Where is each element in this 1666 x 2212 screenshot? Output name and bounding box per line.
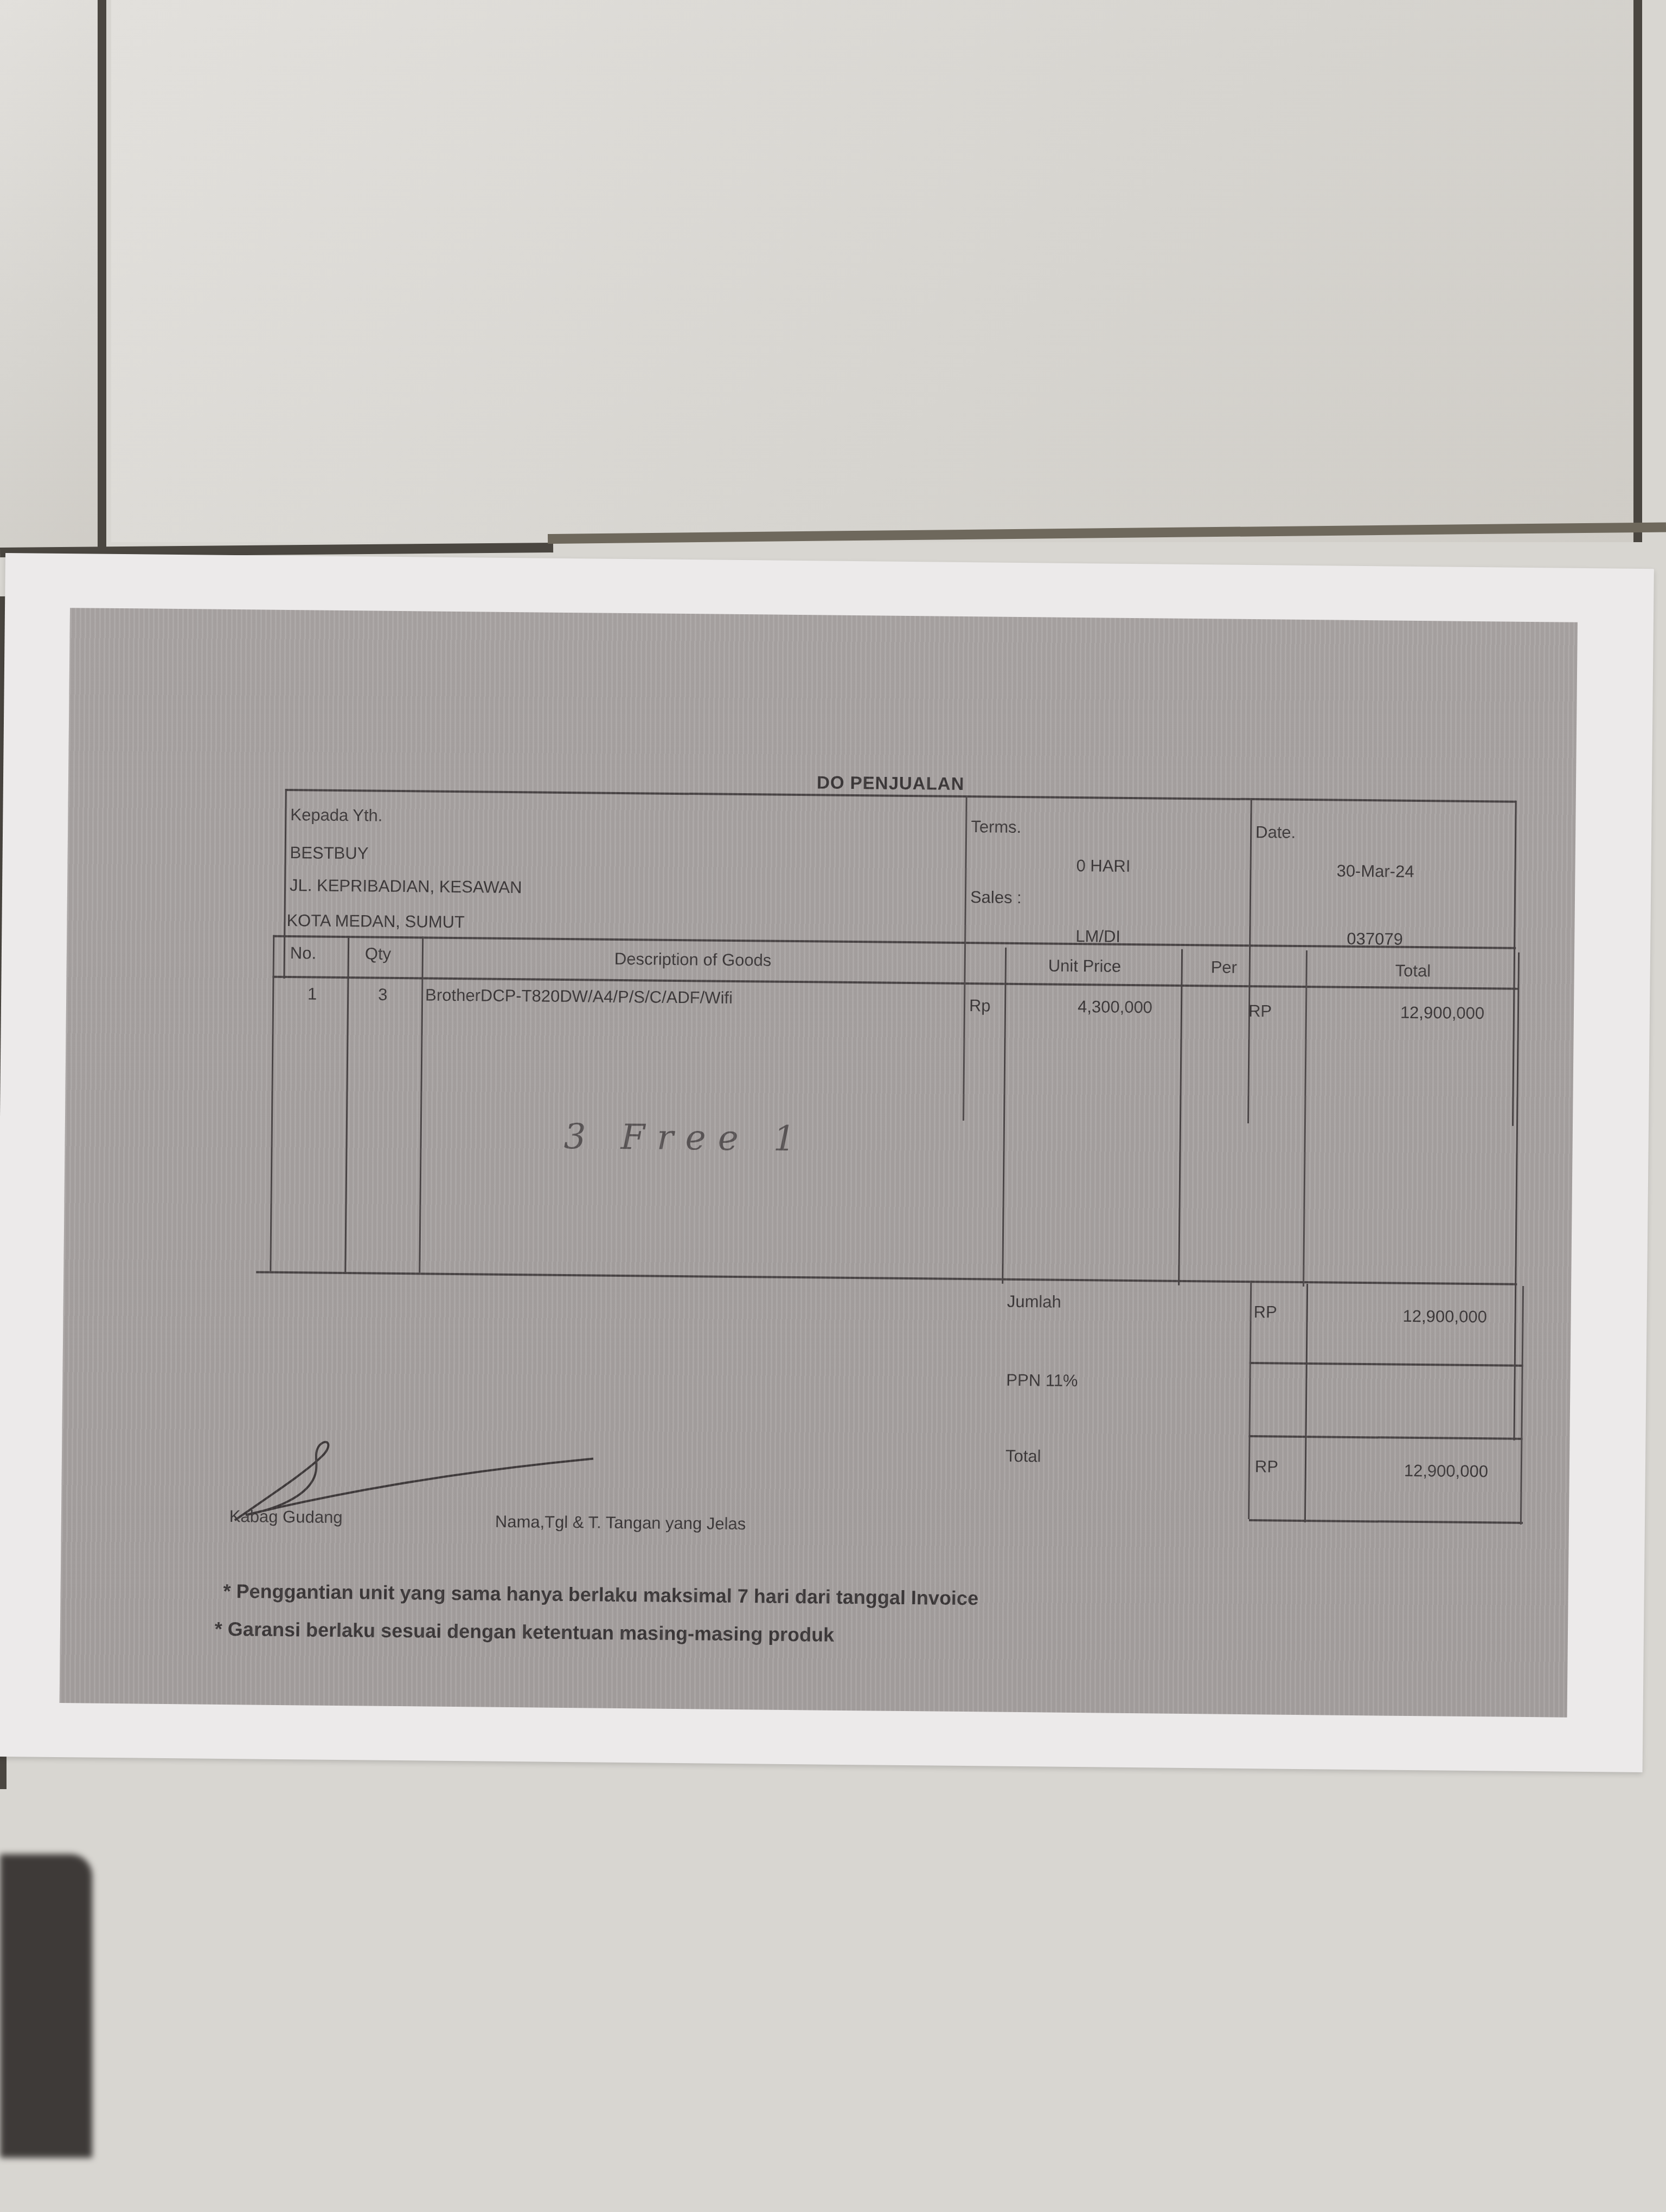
floor-tile xyxy=(111,0,1641,542)
delivery-order-paper: DO PENJUALAN Kepada Yth. BESTBUY JL. KEP… xyxy=(0,553,1654,1772)
table-border xyxy=(1520,1286,1524,1525)
row-description: BrotherDCP-T820DW/A4/P/S/C/ADF/Wifi xyxy=(425,985,733,1007)
hand-shadow xyxy=(0,1854,92,2158)
table-border xyxy=(1304,1284,1308,1522)
recipient-address-2: KOTA MEDAN, SUMUT xyxy=(286,911,465,932)
tile-grout xyxy=(98,0,106,596)
document-title: DO PENJUALAN xyxy=(817,772,965,794)
note-replacement: * Penggantian unit yang sama hanya berla… xyxy=(223,1580,978,1610)
terms-value: 0 HARI xyxy=(1076,856,1130,876)
total-currency: RP xyxy=(1255,1457,1278,1476)
table-border xyxy=(1249,1519,1523,1524)
tile-grout xyxy=(1633,0,1642,542)
row-total: 12,900,000 xyxy=(1400,1003,1484,1023)
total-label: Total xyxy=(1005,1446,1041,1467)
row-unit-price: 4,300,000 xyxy=(1078,997,1152,1017)
document-number: 037079 xyxy=(1347,929,1403,949)
table-border xyxy=(963,795,967,1121)
table-border xyxy=(1002,948,1007,1284)
table-border xyxy=(1512,801,1517,1126)
table-border xyxy=(419,936,424,1272)
printed-form: DO PENJUALAN Kepada Yth. BESTBUY JL. KEP… xyxy=(60,608,1578,1718)
table-border xyxy=(283,789,286,979)
table-border xyxy=(270,935,274,1271)
column-header-total: Total xyxy=(1395,961,1431,981)
note-warranty: * Garansi berlaku sesuai dengan ketentua… xyxy=(215,1618,835,1647)
row-qty: 3 xyxy=(378,985,388,1005)
row-unit-currency: Rp xyxy=(969,996,991,1015)
handwritten-note: 3 Free 1 xyxy=(563,1117,808,1159)
sales-label: Sales : xyxy=(970,888,1022,908)
column-header-no: No. xyxy=(290,943,317,963)
table-border xyxy=(1178,949,1183,1285)
table-row: 1 3 BrotherDCP-T820DW/A4/P/S/C/ADF/Wifi … xyxy=(70,608,1578,622)
recipient-label: Kepada Yth. xyxy=(290,805,382,826)
row-no: 1 xyxy=(307,984,317,1004)
date-value: 30-Mar-24 xyxy=(1336,861,1414,882)
table-border xyxy=(1247,798,1252,1123)
column-header-description: Description of Goods xyxy=(614,949,772,970)
table-border xyxy=(273,935,1516,949)
total-value: 12,900,000 xyxy=(1404,1461,1488,1481)
terms-label: Terms. xyxy=(971,817,1021,837)
column-header-per: Per xyxy=(1211,957,1238,977)
subtotal-label: Jumlah xyxy=(1007,1292,1061,1312)
column-header-qty: Qty xyxy=(365,944,392,963)
subtotal-currency: RP xyxy=(1253,1302,1277,1322)
column-header-unit-price: Unit Price xyxy=(1048,956,1122,976)
table-border xyxy=(1303,950,1308,1287)
recipient-name: BESTBUY xyxy=(290,843,369,863)
tax-label: PPN 11% xyxy=(1006,1371,1078,1391)
table-border xyxy=(256,1271,1517,1285)
table-border xyxy=(344,936,349,1272)
signature-label-receiver: Nama,Tgl & T. Tangan yang Jelas xyxy=(495,1512,746,1534)
date-label: Date. xyxy=(1255,822,1296,843)
signature-label-warehouse: Kabag Gudang xyxy=(229,1507,343,1527)
table-border xyxy=(1249,1362,1523,1367)
recipient-address-1: JL. KEPRIBADIAN, KESAWAN xyxy=(290,876,522,897)
floor-tile xyxy=(0,0,103,553)
table-border xyxy=(1248,1281,1252,1519)
subtotal-value: 12,900,000 xyxy=(1402,1307,1486,1327)
table-border xyxy=(1248,1435,1522,1440)
sales-value: LM/DI xyxy=(1075,927,1120,947)
row-total-currency: RP xyxy=(1248,1001,1272,1021)
